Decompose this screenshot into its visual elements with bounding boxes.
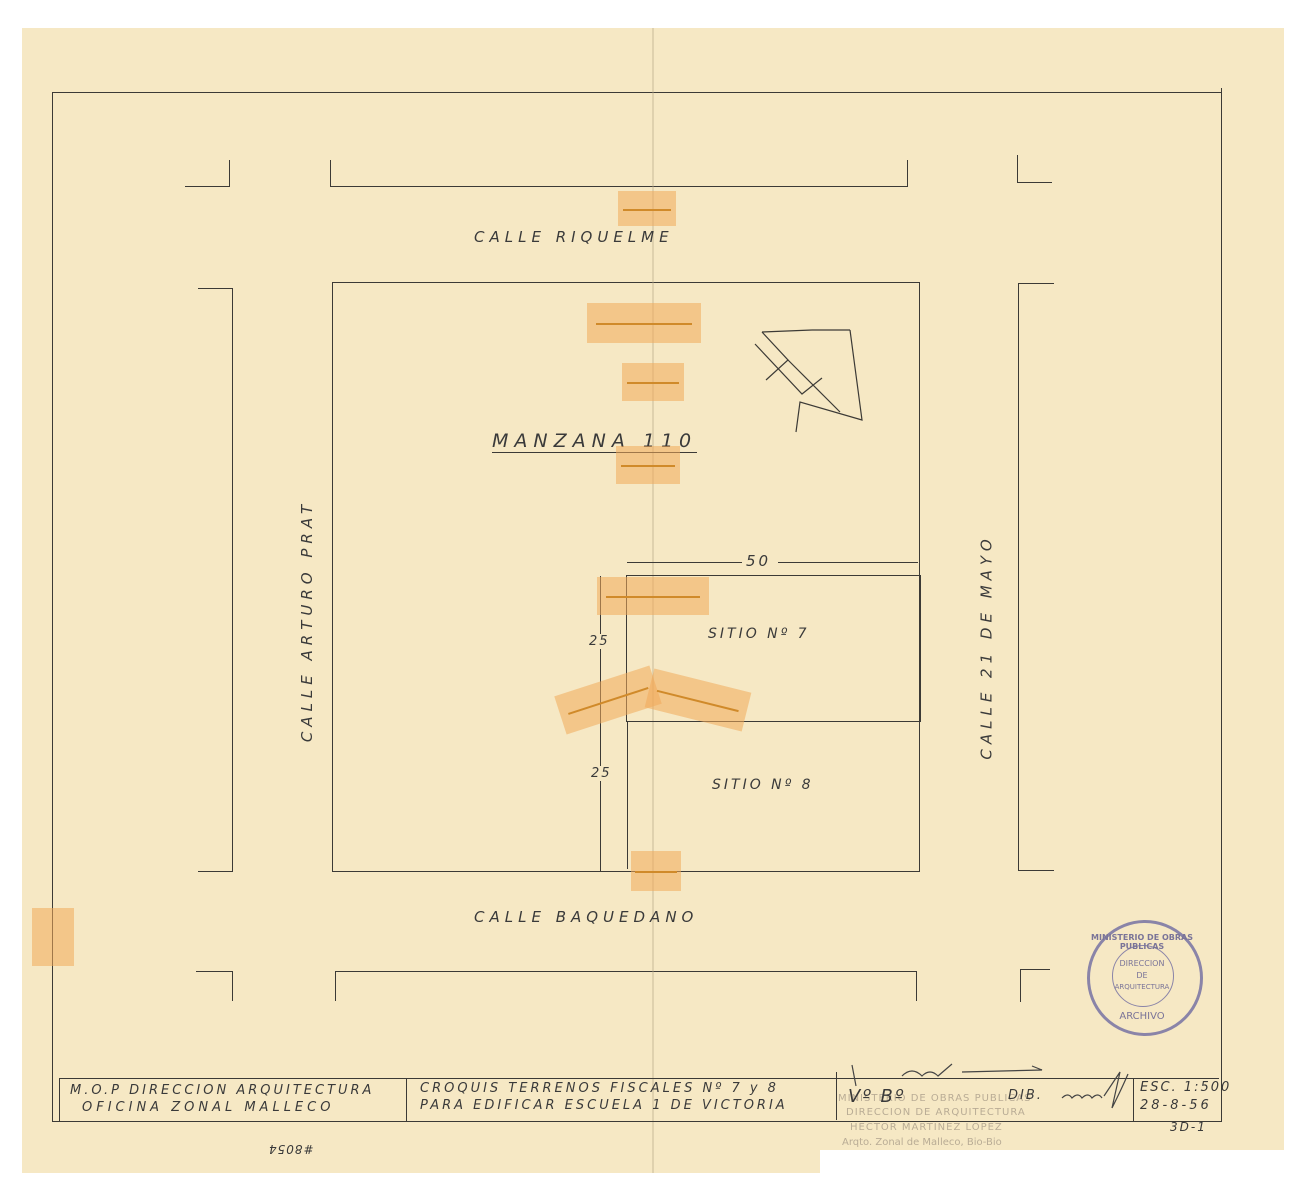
tape-strip [32, 908, 74, 966]
corner-br-h [1020, 969, 1050, 970]
lot-8-label: SITIO Nº 8 [712, 777, 814, 793]
street-right-wrap: CALLE 21 DE MAYO [860, 636, 1060, 660]
drawn-by: DIB. [1008, 1088, 1043, 1103]
dim-width: 50 [746, 552, 771, 570]
block-top-right [907, 160, 908, 187]
right-block-top [1018, 283, 1054, 284]
corner-tr-h [1017, 182, 1052, 183]
tape-strip [616, 446, 680, 484]
left-block-edge [232, 288, 233, 872]
overprint-line-4: Arqto. Zonal de Malleco, Bio-Bio [842, 1137, 1002, 1148]
stamp-outer-text: MINISTERIO DE OBRAS PUBLICAS [1090, 933, 1194, 951]
dim-line-width-right [778, 562, 918, 563]
corner-br-v [1020, 969, 1021, 1002]
dim-lot7-depth: 25 [589, 634, 610, 649]
corner-bl-v [232, 971, 233, 1001]
street-bottom: CALLE BAQUEDANO [474, 908, 698, 926]
title-line-1: CROQUIS TERRENOS FISCALES Nº 7 y 8 [420, 1081, 779, 1096]
scale: ESC. 1:500 [1140, 1080, 1231, 1095]
archive-stamp: MINISTERIO DE OBRAS PUBLICAS DIRECCION D… [1087, 920, 1203, 1036]
corner-tl-v [229, 160, 230, 187]
tape-strip [587, 303, 701, 343]
block-bottom-left [335, 971, 336, 1001]
torn-edge [820, 1150, 1300, 1197]
dim-lot8-depth: 25 [591, 766, 612, 781]
date: 28-8-56 [1140, 1098, 1212, 1113]
corner-tr-v [1017, 155, 1018, 183]
lot-8 [627, 721, 920, 869]
left-block-top [198, 288, 232, 289]
block-bottom-edge [335, 971, 917, 972]
stamp-inner-2: DE [1090, 971, 1194, 980]
office-line-1: M.O.P DIRECCION ARQUITECTURA [70, 1083, 374, 1098]
street-left-wrap: CALLE ARTURO PRAT [176, 610, 376, 634]
frame-left [52, 92, 53, 1122]
block-bottom-right [916, 971, 917, 1001]
street-right: CALLE 21 DE MAYO [978, 534, 996, 759]
stamp-bottom-text: ARCHIVO [1090, 1011, 1194, 1022]
right-block-bottom [1018, 870, 1054, 871]
margin-note: #8054 [268, 1142, 314, 1156]
dim-line-width-left [627, 562, 742, 563]
office-line-2: OFICINA ZONAL MALLECO [82, 1100, 334, 1115]
corner-tl-h [185, 186, 230, 187]
overprint-line-2: DIRECCION DE ARQUITECTURA [846, 1107, 1026, 1118]
title-divider-1 [406, 1078, 407, 1121]
left-block-bottom [198, 871, 232, 872]
title-line-2: PARA EDIFICAR ESCUELA 1 DE VICTORIA [420, 1098, 788, 1113]
overprint-line-3: HECTOR MARTINEZ LOPEZ [850, 1122, 1003, 1133]
street-top: CALLE RIQUELME [474, 228, 674, 246]
frame-top [52, 92, 1222, 93]
signature-icon [1060, 1068, 1132, 1120]
title-divider-2 [836, 1072, 837, 1120]
stamp-inner-1: DIRECCION [1090, 959, 1194, 968]
frame-right [1221, 88, 1222, 1122]
title-divider-0 [59, 1078, 60, 1121]
corner-bl-h [196, 971, 233, 972]
tape-strip [631, 851, 681, 891]
right-block-edge [1018, 283, 1019, 871]
street-left: CALLE ARTURO PRAT [298, 500, 316, 742]
stamp-inner-3: ARQUITECTURA [1090, 983, 1194, 991]
block-top-edge [330, 186, 908, 187]
block-top-left [330, 160, 331, 187]
tape-strip [622, 363, 684, 401]
tape-strip [597, 577, 709, 615]
north-arrow-icon [750, 322, 870, 437]
signature-icon [842, 1060, 1062, 1090]
sheet-number: 3D-1 [1170, 1120, 1207, 1134]
tape-strip [618, 191, 676, 226]
lot-7-label: SITIO Nº 7 [708, 626, 810, 642]
title-divider-3 [1133, 1078, 1134, 1121]
